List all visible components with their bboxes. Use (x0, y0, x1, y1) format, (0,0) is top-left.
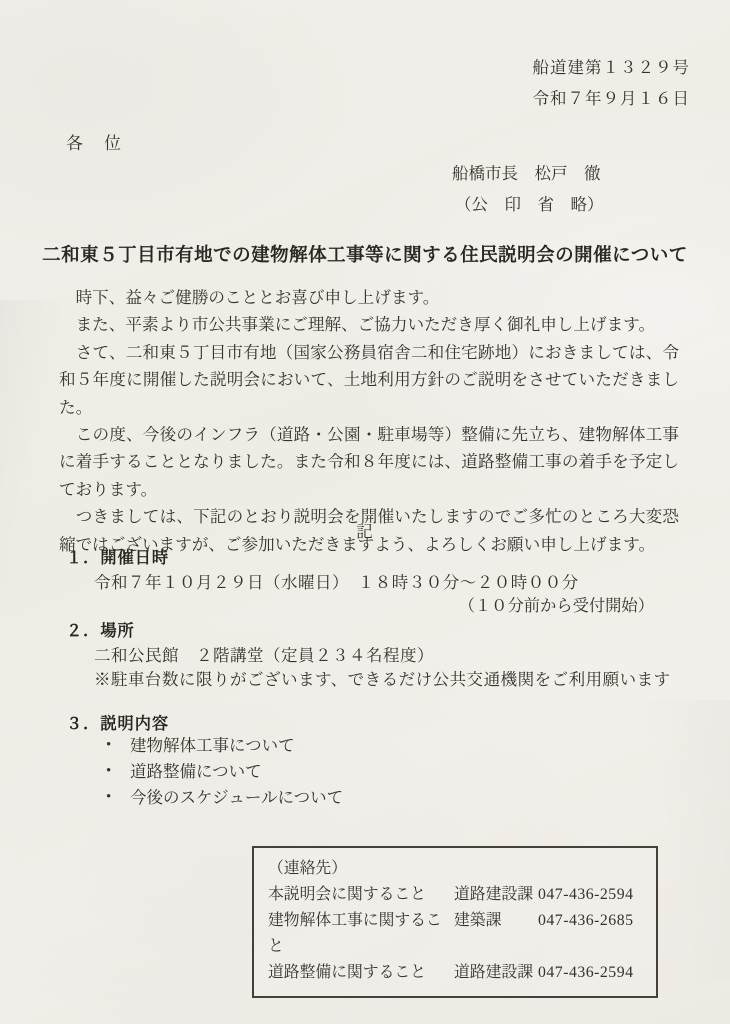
section-heading-contents: ３．説明内容 (66, 710, 169, 734)
body-paragraph: さて、二和東５丁目市有地（国家公務員宿舎二和住宅跡地）におきましては、令和５年度… (59, 339, 679, 421)
body-paragraph: また、平素より市公共事業にご理解、ご協力いただき厚く御礼申し上げます。 (59, 311, 679, 338)
addressee: 各 位 (66, 129, 123, 154)
issue-date: 令和７年９月１６日 (533, 83, 691, 114)
agenda-item: 今後のスケジュールについて (104, 785, 343, 811)
section-heading-datetime: １．開催日時 (66, 544, 169, 568)
doc-number: 船道建第１３２９号 (533, 52, 691, 83)
seal-omitted-note: （公 印 省 略） (452, 189, 604, 220)
place-value: 二和公民館 ２階講堂（定員２３４名程度） (94, 642, 434, 666)
paper-crease (0, 300, 60, 600)
contact-topic: 道路整備に関すること (268, 960, 454, 986)
body-paragraph: この度、今後のインフラ（道路・公園・駐車場等）整備に先立ち、建物解体工事に着手す… (59, 421, 679, 503)
contact-phone: 047-436-2594 (538, 882, 644, 908)
contact-dept: 道路建設課 (454, 882, 538, 908)
section-heading-place: ２．場所 (66, 617, 135, 641)
contact-phone: 047-436-2685 (538, 908, 644, 960)
agenda-item: 道路整備について (104, 759, 343, 785)
document-header-block: 船道建第１３２９号 令和７年９月１６日 (533, 52, 691, 114)
body-paragraph: 時下、益々ご健勝のこととお喜び申し上げます。 (59, 284, 679, 311)
contact-topic: 建物解体工事に関すること (268, 908, 454, 960)
datetime-value: 令和７年１０月２９日（水曜日） １８時３０分～２０時００分 (94, 569, 579, 593)
contact-dept: 道路建設課 (454, 960, 538, 986)
sender-block: 船橋市長 松戸 徹 （公 印 省 略） (452, 158, 604, 220)
body-text: 時下、益々ご健勝のこととお喜び申し上げます。 また、平素より市公共事業にご理解、… (59, 284, 679, 558)
contact-phone: 047-436-2594 (538, 960, 644, 986)
contact-row: 道路整備に関すること 道路建設課 047-436-2594 (268, 960, 644, 986)
agenda-item: 建物解体工事について (104, 733, 343, 759)
document-title: 二和東５丁目市有地での建物解体工事等に関する住民説明会の開催について (0, 241, 730, 267)
agenda-list: 建物解体工事について 道路整備について 今後のスケジュールについて (104, 733, 343, 810)
contact-row: 本説明会に関すること 道路建設課 047-436-2594 (268, 882, 644, 908)
contact-box: （連絡先） 本説明会に関すること 道路建設課 047-436-2594 建物解体… (252, 846, 658, 998)
contact-topic: 本説明会に関すること (268, 882, 454, 908)
contact-dept: 建築課 (454, 908, 538, 960)
reception-start-note: （１０分前から受付開始） (0, 592, 654, 616)
scanned-document-page: 船道建第１３２９号 令和７年９月１６日 各 位 船橋市長 松戸 徹 （公 印 省… (0, 0, 730, 1024)
contact-label: （連絡先） (268, 856, 644, 882)
sender-name: 船橋市長 松戸 徹 (452, 158, 604, 189)
contact-row: 建物解体工事に関すること 建築課 047-436-2685 (268, 908, 644, 960)
parking-note: ※駐車台数に限りがございます、できるだけ公共交通機関をご利用願います (94, 666, 671, 690)
record-marker: 記 (0, 518, 730, 542)
